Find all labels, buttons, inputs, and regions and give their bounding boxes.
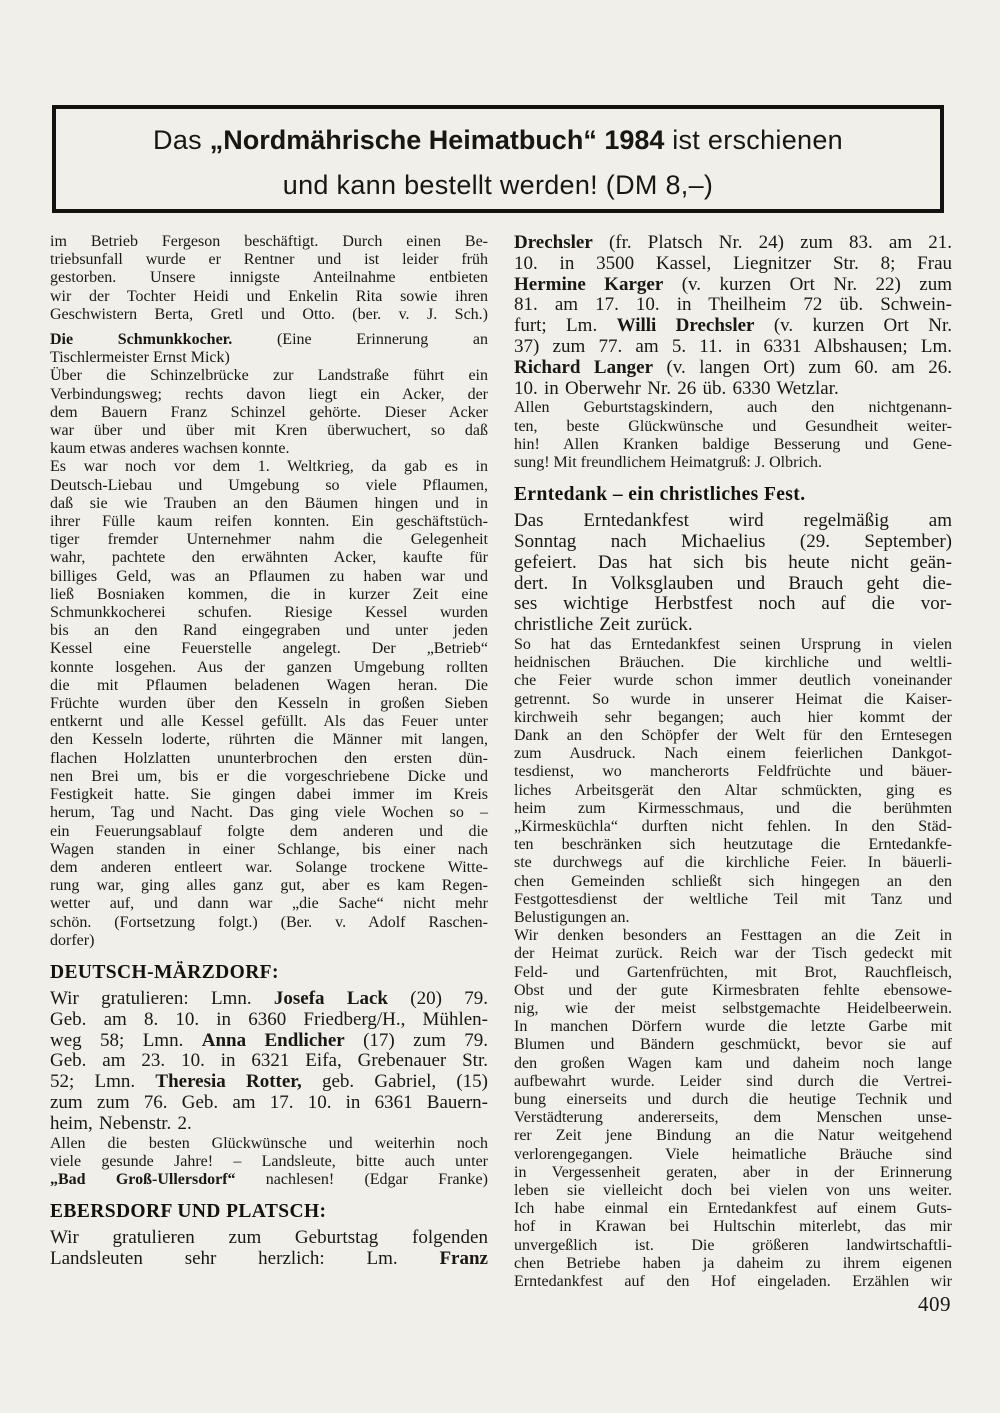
- section-heading: Erntedank – ein christliches Fest.: [514, 483, 952, 507]
- text-line: die mit Pflaumen beladenen Wagen heran. …: [50, 677, 488, 695]
- text-line: zum Ausdruck. Nach einem feierlichen Dan…: [514, 745, 952, 763]
- text-line: Wir gratulieren zum Geburtstag folgenden: [50, 1228, 488, 1249]
- body-text: tiger fremder Unternehmer nahm die Geleg…: [50, 531, 488, 548]
- text-line: verlorengegangen. Viele heimatliche Bräu…: [514, 1146, 952, 1164]
- text-line: heim zum Kirmesschmaus, und die berühmte…: [514, 800, 952, 818]
- body-text: dert. In Volksglauben und Brauch geht di…: [514, 573, 952, 594]
- text-line: wahr, pachtete den erwähnten Acker, kauf…: [50, 549, 488, 567]
- text-line: Wagen standen in einer Schlange, bis ein…: [50, 841, 488, 859]
- body-text: liches Arbeitsgerät den Altar schmückten…: [514, 782, 952, 799]
- text-line: hin! Allen Kranken baldige Besserung und…: [514, 436, 952, 454]
- text-line: Erntedankfest auf den Hof eingeladen. Er…: [514, 1273, 952, 1291]
- body-text: dem Bauern Franz Schinzel gehörte. Diese…: [50, 404, 488, 421]
- text-line: ten beschränken sich heutzutage die Ernt…: [514, 836, 952, 854]
- body-text: sung! Mit freundlichem Heimatgruß: J. Ol…: [514, 454, 822, 471]
- body-text: 10. in 3500 Kassel, Liegnitzer Str. 8; F…: [514, 253, 952, 274]
- body-text: Blumen und Bändern geschmückt, bevor sie…: [514, 1036, 952, 1053]
- body-text: chen Betriebe haben ja daheim zu ihrem e…: [514, 1255, 952, 1272]
- body-text: gefeiert. Das hat sich bis heute nicht g…: [514, 552, 952, 573]
- text-line: nen Brei um, bis er die vorgeschriebene …: [50, 768, 488, 786]
- text-line: 52; Lmn. Theresia Rotter, geb. Gabriel, …: [50, 1072, 488, 1093]
- bold-text: Drechsler: [514, 232, 593, 253]
- bold-text: Willi Drechsler: [617, 315, 755, 336]
- body-text: Ich habe einmal ein Erntedankfest auf ei…: [514, 1200, 952, 1217]
- body-text: wahr, pachtete den erwähnten Acker, kauf…: [50, 549, 488, 566]
- body-text: (20) 79.: [388, 988, 488, 1009]
- text-line: getrennt. So wurde in unserer Heimat die…: [514, 691, 952, 709]
- text-line: bis an den Rand eingegraben und unter je…: [50, 622, 488, 640]
- paragraph: Wir denken besonders an Festtagen an die…: [514, 927, 952, 1291]
- bold-text: Richard Langer: [514, 357, 653, 378]
- body-text: dem anderen entleert war. Solange trocke…: [50, 859, 488, 876]
- text-line: daß sie wie Trauben an den Bäumen hingen…: [50, 495, 488, 513]
- section-heading: EBERSDORF UND PLATSCH:: [50, 1200, 488, 1224]
- text-line: Wir denken besonders an Festtagen an die…: [514, 927, 952, 945]
- body-text: dorfer): [50, 932, 94, 949]
- body-text: Kessel eine Feuerstelle angelegt. Der „B…: [50, 640, 488, 657]
- text-line: Richard Langer (v. langen Ort) zum 60. a…: [514, 358, 952, 379]
- text-line: Schmunkkocherei schufen. Riesige Kessel …: [50, 604, 488, 622]
- body-text: weg 58; Lmn.: [50, 1030, 202, 1051]
- body-text: leben sie vielleicht doch bei vielen von…: [514, 1182, 952, 1199]
- text-line: ihrer Fülle kaum reifen konnten. Ein ges…: [50, 513, 488, 531]
- body-text: nig, wie der meist selbstgemachte Heidel…: [514, 1000, 952, 1017]
- text-line: den großen Wagen kam und daheim noch lan…: [514, 1055, 952, 1073]
- text-line: Es war noch vor dem 1. Weltkrieg, da gab…: [50, 458, 488, 476]
- body-text: chen Gemeinden schließt sich hingegen an…: [514, 873, 952, 890]
- body-text: (v. langen Ort) zum 60. am 26.: [653, 357, 952, 378]
- paragraph: Das Erntedankfest wird regelmäßig amSonn…: [514, 511, 952, 636]
- body-text: hin! Allen Kranken baldige Besserung und…: [514, 436, 952, 453]
- text-line: rer Zeit jene Bindung an die Natur weitg…: [514, 1127, 952, 1145]
- text-line: aufbewahrt wurde. Leider sind durch die …: [514, 1073, 952, 1091]
- body-text: bung einerseits und durch die heutige Te…: [514, 1091, 952, 1108]
- text-line: furt; Lm. Willi Drechsler (v. kurzen Ort…: [514, 316, 952, 337]
- text-line: dorfer): [50, 932, 488, 950]
- body-text: In manchen Dörfern wurde die letzte Garb…: [514, 1018, 952, 1035]
- body-text: Erntedankfest auf den Hof eingeladen. Er…: [514, 1273, 952, 1290]
- text-line: sung! Mit freundlichem Heimatgruß: J. Ol…: [514, 454, 952, 472]
- text-line: dem anderen entleert war. Solange trocke…: [50, 859, 488, 877]
- body-text: im Betrieb Fergeson beschäftigt. Durch e…: [50, 233, 488, 250]
- text-line: „Bad Groß-Ullersdorf“ nachlesen! (Edgar …: [50, 1171, 488, 1189]
- body-text: Wir gratulieren zum Geburtstag folgenden: [50, 1227, 488, 1248]
- text-line: Ich habe einmal ein Erntedankfest auf ei…: [514, 1200, 952, 1218]
- text-line: ließ Bosniaken kommen, die in kurzer Zei…: [50, 586, 488, 604]
- text-line: chen Betriebe haben ja daheim zu ihrem e…: [514, 1255, 952, 1273]
- body-text: (17) zum 79.: [345, 1030, 488, 1051]
- text-line: ein Feuerungsablauf folgte dem anderen u…: [50, 823, 488, 841]
- text-line: rung war, ging alles ganz gut, aber es k…: [50, 877, 488, 895]
- text-line: In manchen Dörfern wurde die letzte Garb…: [514, 1018, 952, 1036]
- body-text: So hat das Erntedankfest seinen Ursprung…: [514, 636, 952, 653]
- text-line: Feld- und Gartenfrüchten, mit Brot, Rauc…: [514, 964, 952, 982]
- body-text: Deutsch-Liebau und Umgebung so viele Pfl…: [50, 477, 488, 494]
- text-line: So hat das Erntedankfest seinen Ursprung…: [514, 636, 952, 654]
- body-text: zum Ausdruck. Nach einem feierlichen Dan…: [514, 745, 952, 762]
- body-text: ein Feuerungsablauf folgte dem anderen u…: [50, 823, 488, 840]
- text-line: ten, beste Glückwünsche und Gesundheit w…: [514, 418, 952, 436]
- body-text: getrennt. So wurde in unserer Heimat die…: [514, 691, 952, 708]
- body-text: Das Erntedankfest wird regelmäßig am: [514, 510, 952, 531]
- body-text: Geschwistern Berta, Gretl und Otto. (ber…: [50, 306, 488, 323]
- body-text: in Vergessenheit geraten, aber in der Er…: [514, 1164, 952, 1181]
- body-text: den großen Wagen kam und daheim noch lan…: [514, 1055, 952, 1072]
- text-line: gefeiert. Das hat sich bis heute nicht g…: [514, 553, 952, 574]
- body-text: ihrer Fülle kaum reifen konnten. Ein ges…: [50, 513, 488, 530]
- text-line: weg 58; Lmn. Anna Endlicher (17) zum 79.: [50, 1031, 488, 1052]
- body-text: unvergeßlich ist. Die größeren landwirts…: [514, 1237, 952, 1254]
- body-text: ste durchwegs auf die kirchliche Feier. …: [514, 854, 952, 871]
- text-line: Allen Geburtstagskindern, auch den nicht…: [514, 399, 952, 417]
- text-line: Allen die besten Glückwünsche und weiter…: [50, 1135, 488, 1153]
- body-text: Obst und der gute Kirmesbraten fehlte eb…: [514, 982, 952, 999]
- text-line: Über die Schinzelbrücke zur Landstraße f…: [50, 367, 488, 385]
- body-text: nachlesen! (Edgar Franke): [236, 1171, 488, 1188]
- body-text: Schmunkkocherei schufen. Riesige Kessel …: [50, 604, 488, 621]
- body-text: (fr. Platsch Nr. 24) zum 83. am 21.: [593, 232, 952, 253]
- scanned-newsletter-page: Das „Nordmährische Heimatbuch“ 1984 ist …: [0, 0, 1000, 1413]
- body-text: kirchweih sehr begangen; auch hier kommt…: [514, 709, 952, 726]
- text-line: Drechsler (fr. Platsch Nr. 24) zum 83. a…: [514, 233, 952, 254]
- text-line: Sonntag nach Michaelius (29. September): [514, 532, 952, 553]
- text-line: „Kirmesküchla“ durften nicht fehlen. In …: [514, 818, 952, 836]
- body-text: Sonntag nach Michaelius (29. September): [514, 531, 952, 552]
- body-text: heim zum Kirmesschmaus, und die berühmte…: [514, 800, 952, 817]
- text-line: Die Schmunkkocher. (Eine Erinnerung an: [50, 331, 488, 349]
- text-line: dem Bauern Franz Schinzel gehörte. Diese…: [50, 404, 488, 422]
- text-line: kirchweih sehr begangen; auch hier kommt…: [514, 709, 952, 727]
- bold-text: Josefa Lack: [274, 988, 388, 1009]
- body-text: die mit Pflaumen beladenen Wagen heran. …: [50, 677, 488, 694]
- text-line: Verbindungsweg; rechts davon liegt ein A…: [50, 386, 488, 404]
- body-text: ses wichtige Herbstfest noch auf die vor…: [514, 593, 952, 614]
- text-line: Obst und der gute Kirmesbraten fehlte eb…: [514, 982, 952, 1000]
- text-line: viele gesunde Jahre! – Landsleute, bitte…: [50, 1153, 488, 1171]
- body-text: flachen Holzlatten ununterbrochen den er…: [50, 750, 488, 767]
- text-line: Blumen und Bändern geschmückt, bevor sie…: [514, 1036, 952, 1054]
- text-line: Verstädterung andererseits, dem Menschen…: [514, 1109, 952, 1127]
- text-line: tesdienst, wo mancherorts Feldfrüchte un…: [514, 763, 952, 781]
- body-text: verlorengegangen. Viele heimatliche Bräu…: [514, 1146, 952, 1163]
- body-text: triebsunfall wurde er Rentner und ist le…: [50, 251, 488, 268]
- text-line: Geschwistern Berta, Gretl und Otto. (ber…: [50, 306, 488, 324]
- body-text: 81. am 17. 10. in Theilheim 72 üb. Schwe…: [514, 294, 952, 315]
- text-line: ste durchwegs auf die kirchliche Feier. …: [514, 854, 952, 872]
- body-text: Geb. am 23. 10. in 6321 Eifa, Grebenauer…: [50, 1050, 488, 1071]
- bold-text: Anna Endlicher: [202, 1030, 345, 1051]
- text-line: 10. in Oberwehr Nr. 26 üb. 6330 Wetzlar.: [514, 379, 952, 400]
- bold-text: Hermine Karger: [514, 274, 663, 295]
- body-text: schön. (Fortsetzung folgt.) (Ber. v. Ado…: [50, 914, 488, 931]
- announcement-line-1: Das „Nordmährische Heimatbuch“ 1984 ist …: [56, 118, 940, 163]
- announcement-title-bold: „Nordmährische Heimatbuch“ 1984: [210, 125, 665, 155]
- body-text: heim, Nebenstr. 2.: [50, 1113, 192, 1134]
- body-text: den Kesseln loderte, rührten die Männer …: [50, 731, 488, 748]
- body-text: Allen die besten Glückwünsche und weiter…: [50, 1135, 488, 1152]
- body-text: kaum etwas anderes wachsen konnte.: [50, 440, 289, 457]
- body-text: (v. kurzen Ort Nr. 22) zum: [663, 274, 952, 295]
- body-text: aufbewahrt wurde. Leider sind durch die …: [514, 1073, 952, 1090]
- paragraph: Wir gratulieren: Lmn. Josefa Lack (20) 7…: [50, 989, 488, 1135]
- body-text: Früchte wurden über den Kesseln in große…: [50, 695, 488, 712]
- body-text: 52; Lmn.: [50, 1071, 155, 1092]
- text-line: che Feier wurde schon immer deutlich von…: [514, 672, 952, 690]
- body-text: che Feier wurde schon immer deutlich von…: [514, 672, 952, 689]
- text-line: wir der Tochter Heidi und Enkelin Rita s…: [50, 288, 488, 306]
- body-text: Wir denken besonders an Festtagen an die…: [514, 927, 952, 944]
- text-line: entkernt und alle Kessel gefüllt. Als da…: [50, 713, 488, 731]
- text-line: Deutsch-Liebau und Umgebung so viele Pfl…: [50, 477, 488, 495]
- paragraph: So hat das Erntedankfest seinen Ursprung…: [514, 636, 952, 927]
- body-text: der Heimat zurück. Reich war der Tisch g…: [514, 945, 952, 962]
- page-number: 409: [918, 1292, 951, 1317]
- text-line: der Heimat zurück. Reich war der Tisch g…: [514, 945, 952, 963]
- bold-text: Franz: [439, 1248, 488, 1269]
- body-text: herum, Tag und Nacht. Das ging viele Woc…: [50, 804, 488, 821]
- text-line: Landsleuten sehr herzlich: Lm. Franz: [50, 1249, 488, 1270]
- text-line: 10. in 3500 Kassel, Liegnitzer Str. 8; F…: [514, 254, 952, 275]
- text-line: unvergeßlich ist. Die größeren landwirts…: [514, 1237, 952, 1255]
- text-line: Wir gratulieren: Lmn. Josefa Lack (20) 7…: [50, 989, 488, 1010]
- text-line: dert. In Volksglauben und Brauch geht di…: [514, 574, 952, 595]
- paragraph: Die Schmunkkocher. (Eine Erinnerung anTi…: [50, 331, 488, 367]
- text-line: flachen Holzlatten ununterbrochen den er…: [50, 750, 488, 768]
- text-line: billiges Geld, was an Pflaumen zu haben …: [50, 568, 488, 586]
- text-line: ses wichtige Herbstfest noch auf die vor…: [514, 594, 952, 615]
- text-line: Geb. am 23. 10. in 6321 Eifa, Grebenauer…: [50, 1051, 488, 1072]
- bold-text: Theresia Rotter,: [155, 1071, 301, 1092]
- announcement-text-suffix: ist erschienen: [664, 125, 843, 155]
- body-text: Wir gratulieren: Lmn.: [50, 988, 274, 1009]
- body-text: „Kirmesküchla“ durften nicht fehlen. In …: [514, 818, 952, 835]
- text-line: im Betrieb Fergeson beschäftigt. Durch e…: [50, 233, 488, 251]
- text-line: war über und über mit Kren überwuchert, …: [50, 422, 488, 440]
- text-line: christliche Zeit zurück.: [514, 615, 952, 636]
- bold-text: Die Schmunkkocher.: [50, 331, 232, 348]
- body-text: ließ Bosniaken kommen, die in kurzer Zei…: [50, 586, 488, 603]
- text-line: Kessel eine Feuerstelle angelegt. Der „B…: [50, 640, 488, 658]
- body-text: Festgottesdienst der weltliche Teil mit …: [514, 891, 952, 908]
- text-line: leben sie vielleicht doch bei vielen von…: [514, 1182, 952, 1200]
- body-text: geb. Gabriel, (15): [302, 1071, 488, 1092]
- text-line: Festgottesdienst der weltliche Teil mit …: [514, 891, 952, 909]
- text-line: tiger fremder Unternehmer nahm die Geleg…: [50, 531, 488, 549]
- body-text: (Eine Erinnerung an: [232, 331, 488, 348]
- body-text: Tischlermeister Ernst Mick): [50, 349, 230, 366]
- body-text: zum zum 76. Geb. am 17. 10. in 6361 Baue…: [50, 1092, 488, 1113]
- text-line: chen Gemeinden schließt sich hingegen an…: [514, 873, 952, 891]
- section-heading: DEUTSCH-MÄRZDORF:: [50, 961, 488, 985]
- text-line: Tischlermeister Ernst Mick): [50, 349, 488, 367]
- body-text: hof in Krawan bei Hultschin miterlebt, d…: [514, 1218, 952, 1235]
- paragraph: Über die Schinzelbrücke zur Landstraße f…: [50, 367, 488, 458]
- body-text: Feld- und Gartenfrüchten, mit Brot, Rauc…: [514, 964, 952, 981]
- text-line: hof in Krawan bei Hultschin miterlebt, d…: [514, 1218, 952, 1236]
- paragraph: Wir gratulieren zum Geburtstag folgenden…: [50, 1228, 488, 1270]
- text-line: in Vergessenheit geraten, aber in der Er…: [514, 1164, 952, 1182]
- text-line: gestorben. Unsere innigste Anteilnahme e…: [50, 269, 488, 287]
- text-line: konnte losgehen. Aus der ganzen Umgebung…: [50, 659, 488, 677]
- paragraph: Drechsler (fr. Platsch Nr. 24) zum 83. a…: [514, 233, 952, 399]
- text-line: 81. am 17. 10. in Theilheim 72 üb. Schwe…: [514, 295, 952, 316]
- bold-text: „Bad Groß-Ullersdorf“: [50, 1171, 236, 1188]
- body-text: rer Zeit jene Bindung an die Natur weitg…: [514, 1127, 952, 1144]
- text-line: 37) zum 77. am 5. 11. in 6331 Albshausen…: [514, 337, 952, 358]
- text-line: Das Erntedankfest wird regelmäßig am: [514, 511, 952, 532]
- text-line: heidnischen Bräuchen. Die kirchliche und…: [514, 654, 952, 672]
- body-text: (v. kurzen Ort Nr.: [754, 315, 952, 336]
- text-line: Geb. am 8. 10. in 6360 Friedberg/H., Müh…: [50, 1010, 488, 1031]
- text-line: kaum etwas anderes wachsen konnte.: [50, 440, 488, 458]
- paragraph: im Betrieb Fergeson beschäftigt. Durch e…: [50, 233, 488, 324]
- text-line: Festigkeit hatte. Sie gingen dabei immer…: [50, 786, 488, 804]
- text-line: zum zum 76. Geb. am 17. 10. in 6361 Baue…: [50, 1093, 488, 1114]
- body-text: gestorben. Unsere innigste Anteilnahme e…: [50, 269, 488, 286]
- body-text: Belustigungen an.: [514, 909, 630, 926]
- body-text: Über die Schinzelbrücke zur Landstraße f…: [50, 367, 488, 384]
- body-text: christliche Zeit zurück.: [514, 614, 693, 635]
- body-text: rung war, ging alles ganz gut, aber es k…: [50, 877, 488, 894]
- text-line: Dank an den Schöpfer der Welt für den Er…: [514, 727, 952, 745]
- body-text: konnte losgehen. Aus der ganzen Umgebung…: [50, 659, 488, 676]
- text-line: bung einerseits und durch die heutige Te…: [514, 1091, 952, 1109]
- paragraph: Allen die besten Glückwünsche und weiter…: [50, 1135, 488, 1190]
- body-text: Es war noch vor dem 1. Weltkrieg, da gab…: [50, 458, 488, 475]
- body-text: Verbindungsweg; rechts davon liegt ein A…: [50, 386, 488, 403]
- body-text: bis an den Rand eingegraben und unter je…: [50, 622, 488, 639]
- text-line: herum, Tag und Nacht. Das ging viele Woc…: [50, 804, 488, 822]
- text-line: liches Arbeitsgerät den Altar schmückten…: [514, 782, 952, 800]
- right-column: Drechsler (fr. Platsch Nr. 24) zum 83. a…: [514, 233, 952, 1291]
- body-text: 37) zum 77. am 5. 11. in 6331 Albshausen…: [514, 336, 952, 357]
- text-line: triebsunfall wurde er Rentner und ist le…: [50, 251, 488, 269]
- body-text: viele gesunde Jahre! – Landsleute, bitte…: [50, 1153, 488, 1170]
- announcement-text-prefix: Das: [153, 125, 210, 155]
- body-text: wetter auf, und dann war „die Sache“ nic…: [50, 895, 488, 912]
- left-column: im Betrieb Fergeson beschäftigt. Durch e…: [50, 233, 488, 1270]
- text-line: wetter auf, und dann war „die Sache“ nic…: [50, 895, 488, 913]
- body-text: war über und über mit Kren überwuchert, …: [50, 422, 488, 439]
- text-line: nig, wie der meist selbstgemachte Heidel…: [514, 1000, 952, 1018]
- body-text: ten beschränken sich heutzutage die Ernt…: [514, 836, 952, 853]
- text-line: heim, Nebenstr. 2.: [50, 1114, 488, 1135]
- body-text: Dank an den Schöpfer der Welt für den Er…: [514, 727, 952, 744]
- announcement-line-2: und kann bestellt werden! (DM 8,–): [56, 163, 940, 207]
- body-text: entkernt und alle Kessel gefüllt. Als da…: [50, 713, 488, 730]
- body-text: 10. in Oberwehr Nr. 26 üb. 6330 Wetzlar.: [514, 378, 839, 399]
- body-text: nen Brei um, bis er die vorgeschriebene …: [50, 768, 488, 785]
- body-text: daß sie wie Trauben an den Bäumen hingen…: [50, 495, 488, 512]
- body-text: Verstädterung andererseits, dem Menschen…: [514, 1109, 952, 1126]
- body-text: Landsleuten sehr herzlich: Lm.: [50, 1248, 439, 1269]
- body-text: wir der Tochter Heidi und Enkelin Rita s…: [50, 288, 488, 305]
- body-text: furt; Lm.: [514, 315, 617, 336]
- body-text: Festigkeit hatte. Sie gingen dabei immer…: [50, 786, 488, 803]
- text-line: Hermine Karger (v. kurzen Ort Nr. 22) zu…: [514, 275, 952, 296]
- body-text: tesdienst, wo mancherorts Feldfrüchte un…: [514, 763, 952, 780]
- body-text: billiges Geld, was an Pflaumen zu haben …: [50, 568, 488, 585]
- body-text: heidnischen Bräuchen. Die kirchliche und…: [514, 654, 952, 671]
- paragraph: Allen Geburtstagskindern, auch den nicht…: [514, 399, 952, 472]
- body-text: Wagen standen in einer Schlange, bis ein…: [50, 841, 488, 858]
- text-line: Belustigungen an.: [514, 909, 952, 927]
- paragraph: Es war noch vor dem 1. Weltkrieg, da gab…: [50, 458, 488, 949]
- text-line: den Kesseln loderte, rührten die Männer …: [50, 731, 488, 749]
- body-text: Allen Geburtstagskindern, auch den nicht…: [514, 399, 952, 416]
- body-text: ten, beste Glückwünsche und Gesundheit w…: [514, 418, 952, 435]
- body-text: Geb. am 8. 10. in 6360 Friedberg/H., Müh…: [50, 1009, 488, 1030]
- announcement-banner: Das „Nordmährische Heimatbuch“ 1984 ist …: [52, 105, 944, 213]
- text-line: Früchte wurden über den Kesseln in große…: [50, 695, 488, 713]
- text-line: schön. (Fortsetzung folgt.) (Ber. v. Ado…: [50, 914, 488, 932]
